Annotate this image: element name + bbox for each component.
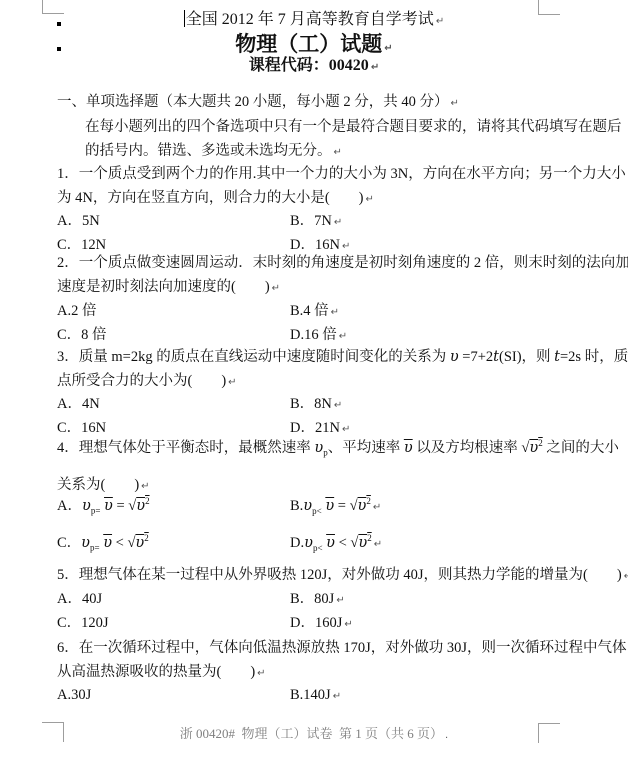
question-4-options-row-2: C．υp= υ < √υ2D.υp< υ < √υ2↵ bbox=[57, 533, 382, 554]
paragraph-mark-icon: ↵ bbox=[334, 147, 342, 158]
question-1-line-2: 为 4N，方向在竖直方向，则合力的大小是( )↵ bbox=[57, 189, 374, 207]
question-1-option-a: A．5N bbox=[57, 212, 290, 230]
question-6-line-2-text: 从高温热源吸收的热量为( ) bbox=[57, 664, 255, 680]
question-1-option-c: C．12N bbox=[57, 236, 290, 254]
question-3-option-c: C．16N bbox=[57, 419, 290, 437]
section-instructions-line2-text: 的括号内。错选、多选或未选均无分。 bbox=[85, 143, 332, 159]
question-6-line-1-text: 6．在一次循环过程中，气体向低温热源放热 170J，对外做功 30J，则一次循环… bbox=[57, 640, 627, 656]
paragraph-mark-icon: ↵ bbox=[342, 424, 350, 435]
question-6-line-2: 从高温热源吸收的热量为( )↵ bbox=[57, 663, 266, 681]
question-6-options-row-1: A.30JB.140J↵ bbox=[57, 686, 341, 704]
section-heading-text: 一、单项选择题（本大题共 20 小题，每小题 2 分，共 40 分） bbox=[57, 94, 449, 110]
question-4-line-2-text: 关系为( ) bbox=[57, 477, 139, 493]
paragraph-mark-icon: ↵ bbox=[339, 331, 347, 342]
paragraph-mark-icon: ↵ bbox=[373, 502, 381, 513]
paragraph-mark-icon: ↵ bbox=[436, 16, 444, 27]
question-5-option-a: A．40J bbox=[57, 590, 290, 608]
paragraph-mark-icon: ↵ bbox=[333, 691, 341, 702]
paragraph-mark-icon: ↵ bbox=[257, 668, 265, 679]
exam-subtitle: 物理（工）试题↵ bbox=[0, 31, 628, 57]
question-4-option-d: D.υp< υ < √υ2 bbox=[290, 535, 372, 551]
question-6-option-a: A.30J bbox=[57, 686, 290, 704]
question-4-option-b: B.υp< υ = √υ2 bbox=[290, 498, 371, 514]
exam-document-page: 全国 2012 年 7 月高等教育自学考试↵ 物理（工）试题↵ 课程代码：004… bbox=[0, 0, 628, 774]
page-footer-text: 浙 00420# 物理（工）试卷 第 1 页（共 6 页） bbox=[180, 726, 443, 741]
question-2-line-2-text: 速度是初时刻法向加速度的( ) bbox=[57, 279, 270, 295]
paragraph-mark-icon: ↵ bbox=[451, 98, 459, 109]
question-3-option-a: A．4N bbox=[57, 395, 290, 413]
exam-title-line1: 全国 2012 年 7 月高等教育自学考试↵ bbox=[0, 10, 628, 30]
section-instructions-line1: 在每小题列出的四个备选项中只有一个是最符合题目要求的，请将其代码填写在题后 bbox=[85, 118, 622, 136]
paragraph-mark-icon: ↵ bbox=[228, 377, 236, 388]
question-2-option-d: D.16 倍 bbox=[290, 327, 337, 343]
paragraph-mark-icon: ↵ bbox=[334, 400, 342, 411]
paragraph-mark-icon: ↵ bbox=[624, 571, 628, 582]
question-1-line-2-text: 为 4N，方向在竖直方向，则合力的大小是( ) bbox=[57, 190, 364, 206]
question-4-line-2: 关系为( )↵ bbox=[57, 476, 150, 494]
paragraph-mark-icon: ↵ bbox=[374, 539, 382, 550]
question-2-option-c: C．8 倍 bbox=[57, 326, 290, 344]
section-instructions-line2: 的括号内。错选、多选或未选均无分。↵ bbox=[85, 142, 342, 160]
question-5-line-1-text: 5．理想气体在某一过程中从外界吸热 120J，对外做功 40J，则其热力学能的增… bbox=[57, 567, 622, 583]
question-5-line-1: 5．理想气体在某一过程中从外界吸热 120J，对外做功 40J，则其热力学能的增… bbox=[57, 566, 628, 584]
paragraph-mark-icon: ↵ bbox=[331, 307, 339, 318]
paragraph-mark-icon: ↵ bbox=[336, 595, 344, 606]
course-code: 课程代码：00420↵ bbox=[0, 56, 628, 76]
question-4-line-1: 4．理想气体处于平衡态时，最概然速率 υp、平均速率 υ 以及方均根速率 √υ2… bbox=[57, 438, 619, 459]
question-4-option-c: C．υp= υ < √υ2 bbox=[57, 533, 290, 554]
question-3-option-d: D．21N bbox=[290, 420, 340, 436]
question-1-options-row-1: A．5NB．7N↵ bbox=[57, 212, 342, 230]
question-3-line-2: 点所受合力的大小为( )↵ bbox=[57, 372, 237, 390]
footer-end-mark: . bbox=[445, 730, 448, 741]
paragraph-mark-icon: ↵ bbox=[342, 241, 350, 252]
paragraph-mark-icon: ↵ bbox=[366, 194, 374, 205]
question-3-options-row-2: C．16ND．21N↵ bbox=[57, 419, 350, 437]
exam-subtitle-text: 物理（工）试题 bbox=[235, 32, 382, 56]
question-6-option-b: B.140J bbox=[290, 687, 331, 703]
question-3-line-2-text: 点所受合力的大小为( ) bbox=[57, 373, 226, 389]
question-3-options-row-1: A．4NB．8N↵ bbox=[57, 395, 342, 413]
page-footer: 浙 00420# 物理（工）试卷 第 1 页（共 6 页）. bbox=[0, 726, 628, 743]
question-2-option-b: B.4 倍 bbox=[290, 303, 329, 319]
paragraph-mark-icon: ↵ bbox=[272, 283, 280, 294]
question-1-line-1: 1．一个质点受到两个力的作用.其中一个力的大小为 3N，方向在水平方向；另一个力… bbox=[57, 165, 626, 183]
question-3-option-b: B．8N bbox=[290, 396, 332, 412]
question-2-line-2: 速度是初时刻法向加速度的( )↵ bbox=[57, 278, 280, 296]
question-2-options-row-2: C．8 倍D.16 倍↵ bbox=[57, 326, 347, 344]
question-4-options-row-1: A．υp= υ = √υ2B.υp< υ = √υ2↵ bbox=[57, 496, 381, 517]
question-5-option-c: C．120J bbox=[57, 614, 290, 632]
question-1-options-row-2: C．12ND．16N↵ bbox=[57, 236, 350, 254]
question-2-line-1: 2．一个质点做变速圆周运动．末时刻的角速度是初时刻角速度的 2 倍，则末时刻的法… bbox=[57, 254, 628, 272]
question-2-option-a: A.2 倍 bbox=[57, 302, 290, 320]
question-5-options-row-2: C．120JD．160J↵ bbox=[57, 614, 353, 632]
question-3-line-1: 3．质量 m=2kg 的质点在直线运动中速度随时间变化的关系为 υ =7+2t(… bbox=[57, 348, 628, 366]
question-5-option-d: D．160J bbox=[290, 615, 342, 631]
course-code-text: 课程代码：00420 bbox=[249, 57, 369, 74]
question-6-line-1: 6．在一次循环过程中，气体向低温热源放热 170J，对外做功 30J，则一次循环… bbox=[57, 639, 628, 657]
question-2-options-row-1: A.2 倍B.4 倍↵ bbox=[57, 302, 339, 320]
question-5-option-b: B．80J bbox=[290, 591, 334, 607]
question-5-options-row-1: A．40JB．80J↵ bbox=[57, 590, 345, 608]
paragraph-mark-icon: ↵ bbox=[371, 62, 379, 73]
paragraph-mark-icon: ↵ bbox=[344, 619, 352, 630]
question-1-option-b: B．7N bbox=[290, 213, 332, 229]
exam-title-line1-text: 全国 2012 年 7 月高等教育自学考试 bbox=[186, 11, 434, 28]
paragraph-mark-icon: ↵ bbox=[384, 43, 392, 54]
question-1-option-d: D．16N bbox=[290, 237, 340, 253]
question-4-option-a: A．υp= υ = √υ2 bbox=[57, 496, 290, 517]
section-heading: 一、单项选择题（本大题共 20 小题，每小题 2 分，共 40 分）↵ bbox=[57, 93, 459, 111]
question-3-line-1-text: 3．质量 m=2kg 的质点在直线运动中速度随时间变化的关系为 υ =7+2t(… bbox=[57, 349, 628, 365]
paragraph-mark-icon: ↵ bbox=[334, 217, 342, 228]
text-cursor bbox=[184, 10, 185, 27]
paragraph-mark-icon: ↵ bbox=[141, 481, 149, 492]
